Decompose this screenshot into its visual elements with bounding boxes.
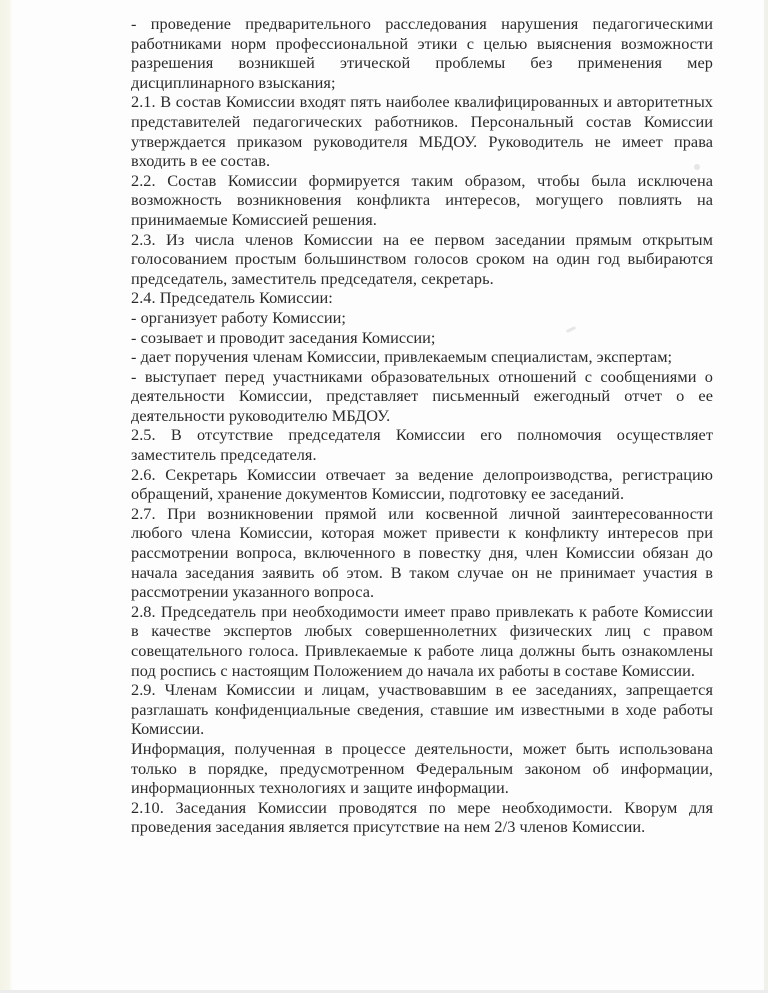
paragraph-2-5: 2.5. В отсутствие председателя Комиссии … (131, 425, 713, 464)
document-page: - проведение предварительного расследова… (131, 14, 713, 837)
list-item-reports: - выступает перед участниками образовате… (131, 367, 713, 426)
scan-edge-right (764, 0, 768, 993)
list-item-convenes: - созывает и проводит заседания Комиссии… (131, 328, 713, 348)
paragraph-2-9: 2.9. Членам Комиссии и лицам, участвовав… (131, 680, 713, 739)
list-item-organizes: - организует работу Комиссии; (131, 308, 713, 328)
paragraph-2-1: 2.1. В состав Комиссии входят пять наибо… (131, 92, 713, 170)
paragraph-2-3: 2.3. Из числа членов Комиссии на ее перв… (131, 230, 713, 289)
paragraph-2-8: 2.8. Председатель при необходимости имее… (131, 602, 713, 680)
paragraph-preliminary-investigation: - проведение предварительного расследова… (131, 14, 713, 92)
paragraph-2-6: 2.6. Секретарь Комиссии отвечает за веде… (131, 465, 713, 504)
paragraph-2-7: 2.7. При возникновении прямой или косвен… (131, 504, 713, 602)
paragraph-2-2: 2.2. Состав Комиссии формируется таким о… (131, 171, 713, 230)
paragraph-2-4: 2.4. Председатель Комиссии: (131, 288, 713, 308)
paragraph-information-usage: Информация, полученная в процессе деятел… (131, 739, 713, 798)
list-item-instructs: - дает поручения членам Комиссии, привле… (131, 347, 713, 367)
scan-edge-left (0, 0, 12, 993)
paragraph-2-10: 2.10. Заседания Комиссии проводятся по м… (131, 798, 713, 837)
